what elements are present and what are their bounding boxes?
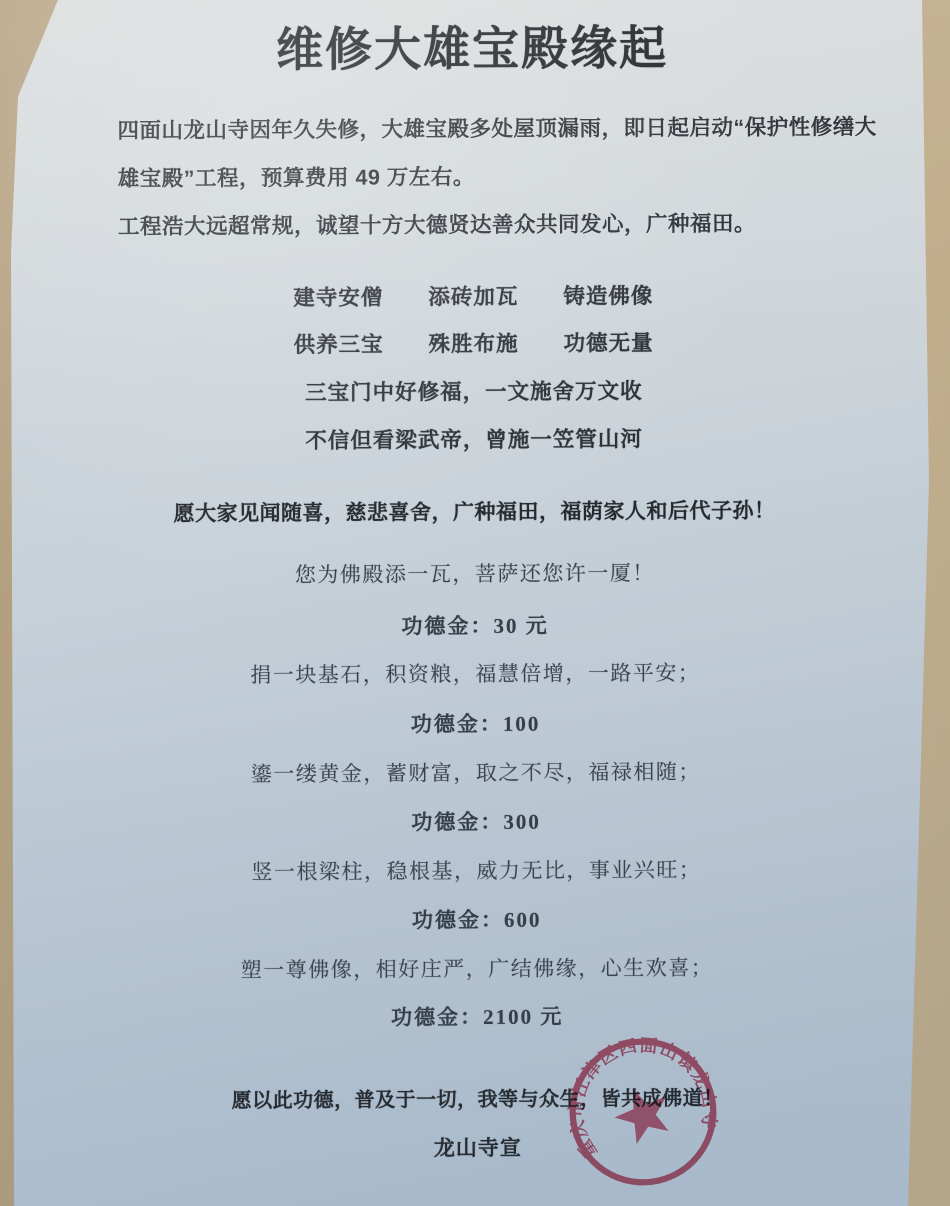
donation-amount-5: 功德金：2100 元 xyxy=(2,999,950,1034)
slogan-line-4: 不信但看梁武帝，曾施一笠管山河 xyxy=(0,421,949,457)
donation-amount-1: 功德金：30 元 xyxy=(0,608,950,643)
donation-amount-4: 功德金：600 xyxy=(2,902,950,937)
donation-desc-3: 鎏一缕黄金，蓄财富，取之不尽，福禄相随； xyxy=(1,755,950,790)
photo-background: 维修大雄宝殿缘起 四面山龙山寺因年久失修，大雄宝殿多处屋顶漏雨，即日起启动“保护… xyxy=(0,0,950,1206)
slogan-line-1: 建寺安僧 添砖加瓦 铸造佛像 xyxy=(0,278,948,314)
document-content: 维修大雄宝殿缘起 四面山龙山寺因年久失修，大雄宝殿多处屋顶漏雨，即日起启动“保护… xyxy=(0,0,950,1206)
temple-seal: 重庆市江津区四面山镇龙山寺 xyxy=(554,1022,732,1202)
slogan-line-2: 供养三宝 殊胜布施 功德无量 xyxy=(0,325,949,361)
star-icon xyxy=(607,1078,679,1148)
intro-line-3: 工程浩大远超常规，诚望十方大德贤达善众共同发心，广种福田。 xyxy=(118,206,878,241)
signature-line: 龙山寺宣 xyxy=(3,1130,950,1165)
donation-desc-5: 塑一尊佛像，相好庄严，广结佛缘，心生欢喜； xyxy=(2,951,950,986)
slogan-line-3: 三宝门中好修福，一文施舍万文收 xyxy=(0,373,949,409)
intro-line-1: 四面山龙山寺因年久失修，大雄宝殿多处屋顶漏雨，即日起启动“保护性修缮大 xyxy=(117,110,877,145)
document-title: 维修大雄宝殿缘起 xyxy=(0,10,947,82)
closing-line: 愿以此功德，普及于一切，我等与众生，皆共成佛道！ xyxy=(3,1081,950,1115)
donation-desc-4: 竖一根梁柱，稳根基，威力无比，事业兴旺； xyxy=(1,853,950,888)
donation-desc-1: 您为佛殿添一瓦，菩萨还您许一厦！ xyxy=(0,556,950,591)
donation-amount-3: 功德金：300 xyxy=(1,804,950,839)
blessing-line: 愿大家见闻随喜，慈悲喜舍，广种福田，福荫家人和后代子孙！ xyxy=(0,494,950,529)
donation-desc-2: 捐一块基石，积资粮，福慧倍增，一路平安； xyxy=(0,656,950,691)
donation-amount-2: 功德金：100 xyxy=(1,706,950,741)
intro-line-2: 雄宝殿”工程，预算费用 49 万左右。 xyxy=(118,158,878,193)
